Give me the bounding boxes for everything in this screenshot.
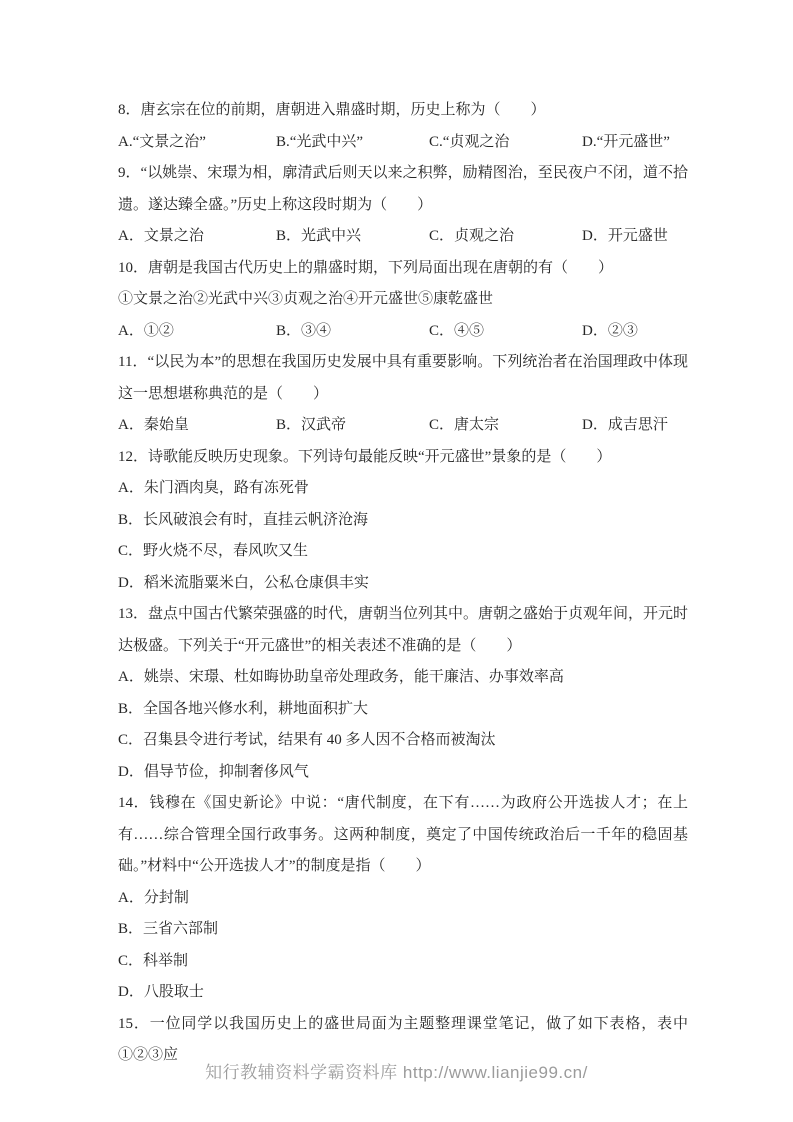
question-stem: 14．钱穆在《国史新论》中说：“唐代制度，在下有……为政府公开选拔人才；在上有…… [118, 788, 688, 883]
question-stem: 13．盘点中国古代繁荣强盛的时代，唐朝当位列其中。唐朝之盛始于贞观年间，开元时达… [118, 599, 688, 662]
question-8: 8．唐玄宗在位的前期，唐朝进入鼎盛时期，历史上称为（ ） A.“文景之治” B.… [118, 95, 688, 158]
option-d: D．②③ [582, 316, 688, 348]
option-c: C．科举制 [118, 946, 688, 978]
site-watermark: 知行教辅资料学霸资料库 http://www.lianjie99.cn/ [0, 1058, 793, 1083]
question-stem: 9．“以姚崇、宋璟为相，廓清武后则天以来之积弊，励精图治，至民夜户不闭，道不拾遗… [118, 158, 688, 221]
option-b: B．光武中兴 [276, 221, 429, 253]
option-a: A．姚崇、宋璟、杜如晦协助皇帝处理政务，能干廉洁、办事效率高 [118, 662, 688, 694]
option-a: A．文景之治 [118, 221, 276, 253]
question-13: 13．盘点中国古代繁荣强盛的时代，唐朝当位列其中。唐朝之盛始于贞观年间，开元时达… [118, 599, 688, 788]
option-c: C．召集县令进行考试，结果有 40 多人因不合格而被淘汰 [118, 725, 688, 757]
option-a: A．①② [118, 316, 276, 348]
options-row: A．秦始皇 B．汉武帝 C．唐太宗 D．成吉思汗 [118, 410, 688, 442]
option-d: D．开元盛世 [582, 221, 688, 253]
option-b: B．汉武帝 [276, 410, 429, 442]
option-b: B．③④ [276, 316, 429, 348]
option-a: A．朱门酒肉臭，路有冻死骨 [118, 473, 688, 505]
question-11: 11．“以民为本”的思想在我国历史发展中具有重要影响。下列统治者在治国理政中体现… [118, 347, 688, 442]
option-c: C．④⑤ [429, 316, 582, 348]
options-row: A.“文景之治” B.“光武中兴” C.“贞观之治 D.“开元盛世” [118, 127, 688, 159]
question-list: 8．唐玄宗在位的前期，唐朝进入鼎盛时期，历史上称为（ ） A.“文景之治” B.… [118, 95, 688, 1072]
option-a: A．秦始皇 [118, 410, 276, 442]
option-d: D．八股取士 [118, 977, 688, 1009]
numbered-items-line: ①文景之治②光武中兴③贞观之治④开元盛世⑤康乾盛世 [118, 284, 688, 316]
option-d: D．倡导节俭，抑制奢侈风气 [118, 757, 688, 789]
option-d: D．稻米流脂粟米白，公私仓康俱丰实 [118, 568, 688, 600]
document-page: 8．唐玄宗在位的前期，唐朝进入鼎盛时期，历史上称为（ ） A.“文景之治” B.… [0, 0, 793, 1122]
option-c: C．野火烧不尽，春风吹又生 [118, 536, 688, 568]
option-b: B．长风破浪会有时，直挂云帆济沧海 [118, 505, 688, 537]
option-b: B．三省六部制 [118, 914, 688, 946]
question-10: 10．唐朝是我国古代历史上的鼎盛时期，下列局面出现在唐朝的有（ ） ①文景之治②… [118, 253, 688, 348]
option-c: C.“贞观之治 [429, 127, 582, 159]
option-a: A．分封制 [118, 883, 688, 915]
question-9: 9．“以姚崇、宋璟为相，廓清武后则天以来之积弊，励精图治，至民夜户不闭，道不拾遗… [118, 158, 688, 253]
option-b: B．全国各地兴修水利，耕地面积扩大 [118, 694, 688, 726]
question-14: 14．钱穆在《国史新论》中说：“唐代制度，在下有……为政府公开选拔人才；在上有…… [118, 788, 688, 1009]
question-12: 12．诗歌能反映历史现象。下列诗句最能反映“开元盛世”景象的是（ ） A．朱门酒… [118, 442, 688, 600]
question-stem: 8．唐玄宗在位的前期，唐朝进入鼎盛时期，历史上称为（ ） [118, 95, 688, 127]
options-row: A．①② B．③④ C．④⑤ D．②③ [118, 316, 688, 348]
question-stem: 10．唐朝是我国古代历史上的鼎盛时期，下列局面出现在唐朝的有（ ） [118, 253, 688, 285]
question-stem: 11．“以民为本”的思想在我国历史发展中具有重要影响。下列统治者在治国理政中体现… [118, 347, 688, 410]
option-b: B.“光武中兴” [276, 127, 429, 159]
option-c: C．贞观之治 [429, 221, 582, 253]
option-d: D.“开元盛世” [582, 127, 688, 159]
options-row: A．文景之治 B．光武中兴 C．贞观之治 D．开元盛世 [118, 221, 688, 253]
question-stem: 12．诗歌能反映历史现象。下列诗句最能反映“开元盛世”景象的是（ ） [118, 442, 688, 474]
option-d: D．成吉思汗 [582, 410, 688, 442]
option-a: A.“文景之治” [118, 127, 276, 159]
option-c: C．唐太宗 [429, 410, 582, 442]
